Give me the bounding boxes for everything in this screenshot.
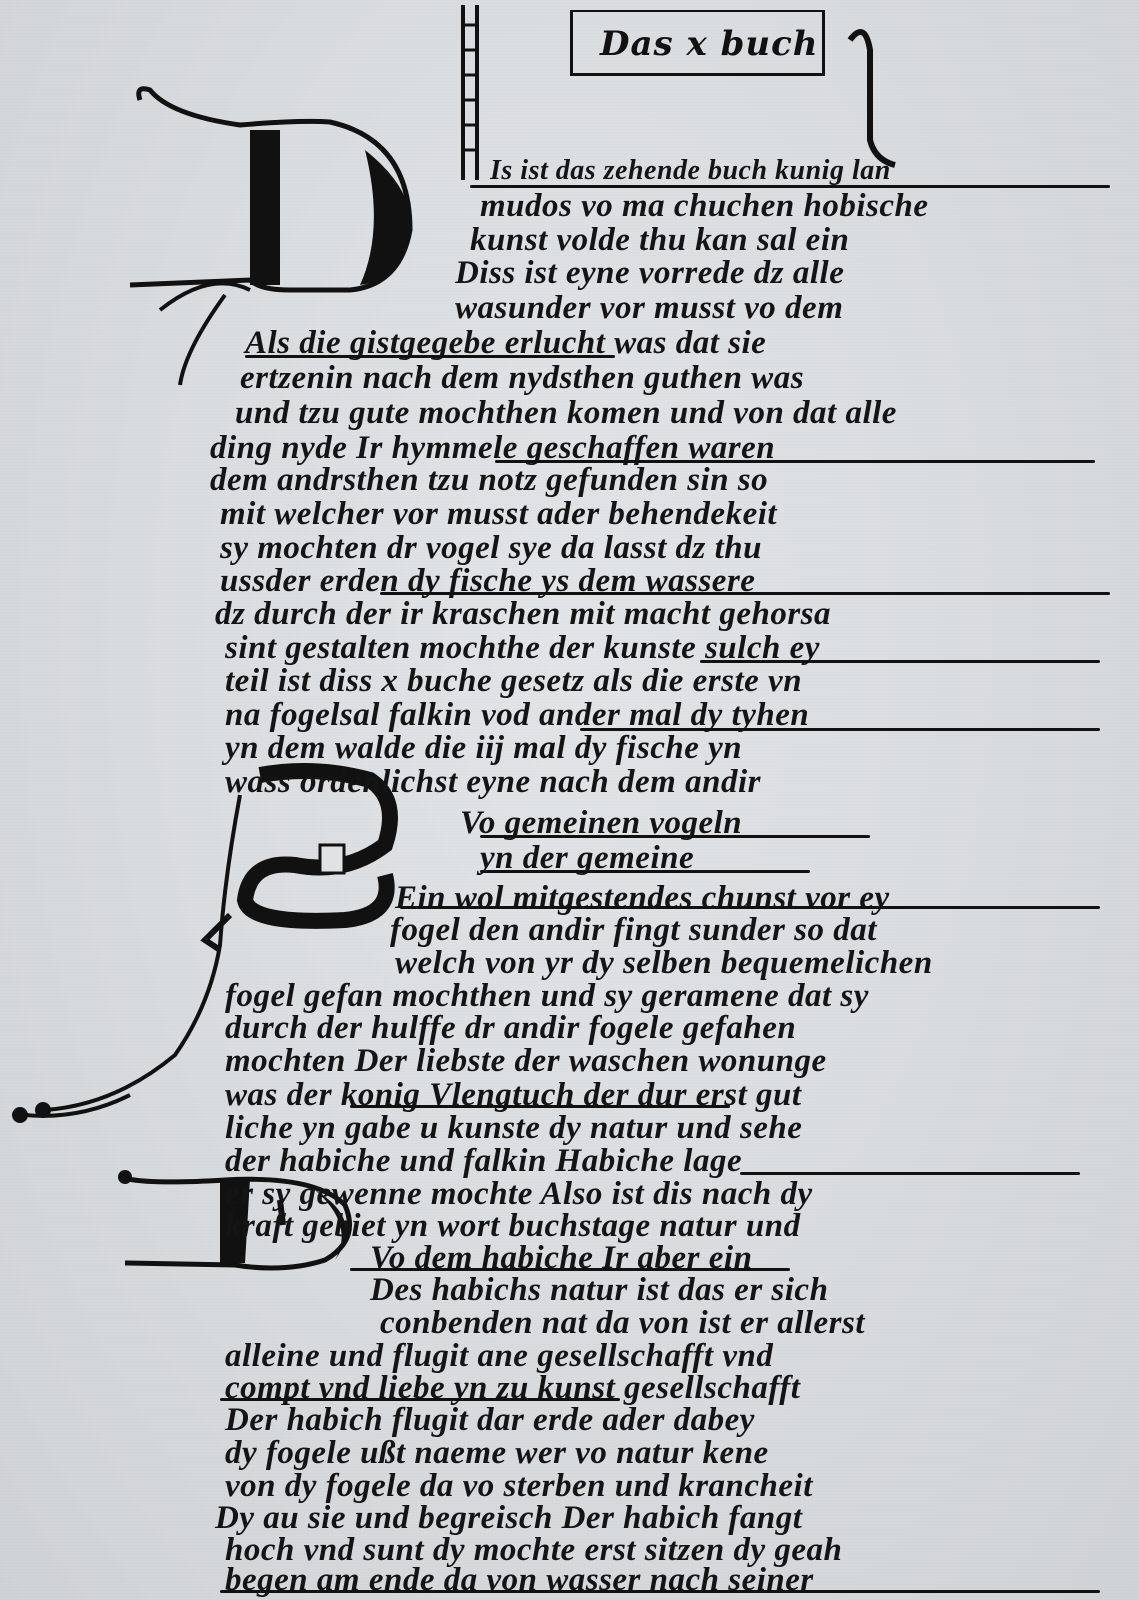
text-line: wasunder vor musst vo dem [455, 290, 843, 327]
underline-rule [580, 728, 1100, 731]
underline-rule [380, 592, 1110, 595]
text-line: liche yn gabe u kunste dy natur und sehe [225, 1110, 802, 1147]
initial-d-top-icon [130, 80, 460, 320]
text-line: was der konig Vlengtuch der dur erst gut [225, 1077, 802, 1114]
manuscript-page: Das x buch [0, 0, 1139, 1600]
text-line: wass ordenlichst eyne nach dem andir [225, 764, 761, 801]
text-line: teil ist diss x buche gesetz als die ers… [225, 663, 802, 700]
ascender-flourish-icon [840, 20, 900, 170]
underline-rule [245, 355, 615, 358]
text-line: fogel den andir fingt sunder so dat [390, 912, 877, 949]
text-line: mit welcher vor musst ader behendekeit [220, 496, 777, 533]
underline-rule [350, 1268, 790, 1271]
underline-rule [480, 835, 870, 838]
text-line: begen am ende da von wasser nach seiner [225, 1562, 814, 1599]
text-line: Is ist das zehende buch kunig lan [490, 155, 891, 187]
initial-s-tail-dot-icon [0, 1090, 140, 1130]
book-heading: Das x buch [600, 24, 819, 64]
text-line: Der habich flugit dar erde ader dabey [225, 1402, 755, 1439]
text-line: dem andrsthen tzu notz gefunden sin so [210, 462, 768, 499]
underline-rule [740, 1172, 1080, 1175]
text-line: der habiche und falkin Habiche lage [225, 1143, 742, 1180]
underline-rule [400, 906, 1100, 909]
underline-rule [220, 1398, 620, 1401]
text-line: Diss ist eyne vorrede dz alle [455, 255, 844, 292]
text-line: Des habichs natur ist das er sich [370, 1272, 828, 1309]
underline-rule [220, 1590, 1100, 1593]
text-line: conbenden nat da von ist er allerst [380, 1305, 865, 1342]
text-line: dy fogele ußt naeme wer vo natur kene [225, 1435, 769, 1472]
text-line: ertzenin nach dem nydsthen guthen was [240, 360, 804, 397]
text-line: mudos vo ma chuchen hobische [480, 188, 929, 225]
underline-rule [700, 660, 1100, 663]
text-line: welch von yr dy selben bequemelichen [395, 945, 933, 982]
text-line: kunst volde thu kan sal ein [470, 222, 849, 259]
text-line: und tzu gute mochthen komen und von dat … [235, 395, 897, 432]
text-line: durch der hulffe dr andir fogele gefahen [225, 1010, 796, 1047]
underline-rule [350, 1105, 730, 1108]
underline-rule [480, 870, 810, 873]
initial-d-swash-icon [175, 290, 235, 390]
text-line: mochten Der liebste der waschen wonunge [225, 1043, 827, 1080]
text-line: yn dem walde die iij mal dy fische yn [225, 730, 742, 767]
text-line: sy mochten dr vogel sye da lasst dz thu [220, 530, 762, 567]
text-line: dz durch der ir kraschen mit macht gehor… [215, 596, 831, 633]
